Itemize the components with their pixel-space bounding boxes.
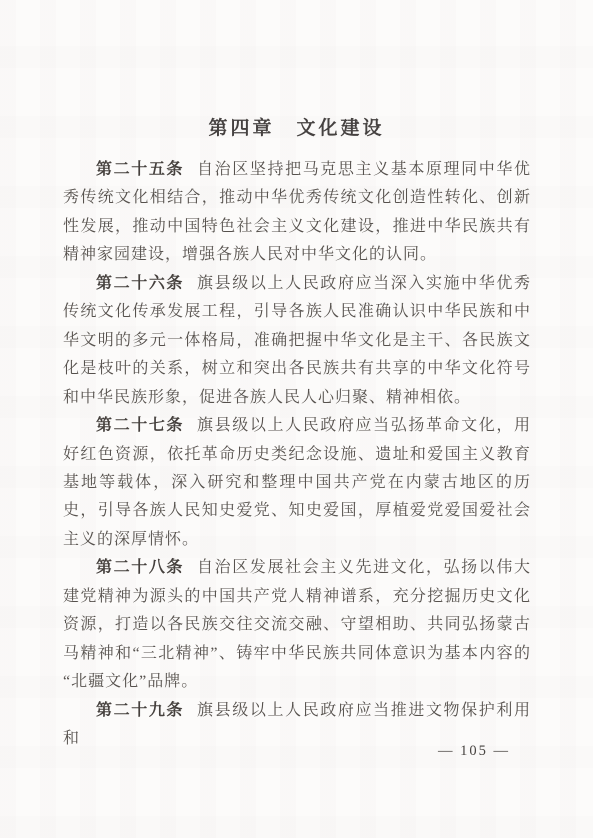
article-paragraph: 第二十七条旗县级以上人民政府应当弘扬革命文化，用好红色资源，依托革命历史类纪念设… [63,412,531,554]
document-body: 第二十五条自治区坚持把马克思主义基本原理同中华优秀传统文化相结合，推动中华优秀传… [63,156,531,754]
chapter-title: 第四章 文化建设 [0,113,593,140]
article-text: 旗县级以上人民政府应当弘扬革命文化，用好红色资源，依托革命历史类纪念设施、遗址和… [63,417,531,548]
article-number: 第二十五条 [96,161,184,178]
article-paragraph: 第二十八条自治区发展社会主义先进文化，弘扬以伟大建党精神为源头的中国共产党人精神… [63,554,531,696]
article-text: 旗县级以上人民政府应当深入实施中华优秀传统文化传承发展工程，引导各族人民准确认识… [63,275,531,406]
article-paragraph: 第二十五条自治区坚持把马克思主义基本原理同中华优秀传统文化相结合，推动中华优秀传… [63,156,531,270]
article-number: 第二十八条 [96,559,184,576]
page-number: — 105 — [438,743,510,760]
article-text: 自治区发展社会主义先进文化，弘扬以伟大建党精神为源头的中国共产党人精神谱系，充分… [63,559,531,690]
article-number: 第二十九条 [96,702,184,719]
article-number: 第二十七条 [96,417,184,434]
article-number: 第二十六条 [96,275,184,292]
article-paragraph: 第二十六条旗县级以上人民政府应当深入实施中华优秀传统文化传承发展工程，引导各族人… [63,270,531,412]
